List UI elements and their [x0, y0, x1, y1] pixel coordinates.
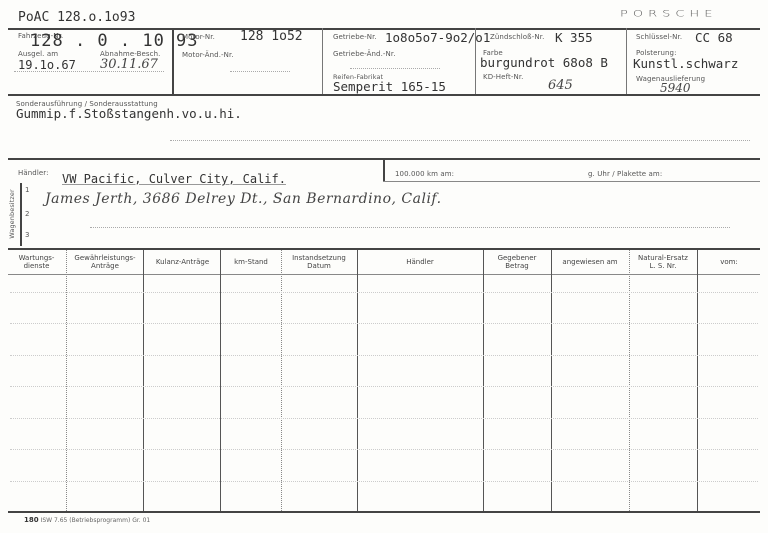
watch-plaque-label: g. Uhr / Plakette am: [588, 170, 662, 178]
divider [20, 183, 22, 246]
divider [383, 181, 760, 182]
dealer-value: VW Pacific, Culver City, Calif. [62, 172, 286, 186]
column-header-from: vom: [698, 250, 760, 274]
gearbox-label: Getriebe-Nr. [333, 33, 377, 41]
owner-row-number: 2 [25, 210, 30, 218]
owner-row-number: 1 [25, 186, 30, 194]
divider [383, 160, 385, 182]
engine-value: 128 1o52 [240, 29, 303, 44]
key-value: CC 68 [695, 30, 733, 45]
print-info: ISW 7.65 (Betriebsprogramm) Gr. 01 [41, 517, 151, 524]
dealer-label: Händler: [18, 169, 49, 177]
owner-name-address: James Jerth, 3686 Delrey Dt., San Bernar… [45, 191, 442, 207]
column-header-amount: Gegebener Betrag [484, 250, 550, 274]
divider [8, 94, 760, 96]
color-value: burgundrot 68o8 B [480, 55, 608, 70]
divider [8, 274, 760, 275]
owners-side-label: Wagenbesitzer [8, 186, 16, 242]
tire-value: Semperit 165-15 [333, 79, 446, 94]
acceptance-value: 30.11.67 [100, 57, 158, 72]
service-book-label: KD-Heft-Nr. [483, 73, 524, 81]
column-header-repair-date: Instandsetzung Datum [282, 250, 356, 274]
upholstery-value: Kunstl.schwarz [633, 56, 738, 71]
owner-row-number: 3 [25, 231, 30, 239]
column-header-assigned-on: angewiesen am [552, 250, 628, 274]
column-header-maintenance: Wartungs- dienste [8, 250, 65, 274]
delivery-value: 5940 [660, 81, 691, 95]
key-label: Schlüssel-Nr. [636, 33, 682, 41]
divider [322, 28, 323, 95]
column-header-warranty: Gewährleistungs- Anträge [67, 250, 143, 274]
gearbox-change-label: Getriebe-Änd.-Nr. [333, 50, 396, 58]
form-number: 180 [24, 516, 39, 524]
divider [626, 28, 627, 95]
divider [475, 28, 476, 95]
delivered-label: Ausgel. am [18, 50, 58, 58]
column-header-replacement: Natural-Ersatz L. S. Nr. [630, 250, 696, 274]
divider [8, 511, 760, 513]
footer: 180 ISW 7.65 (Betriebsprogramm) Gr. 01 [24, 516, 150, 524]
ignition-key-value: K 355 [555, 30, 593, 45]
card-code: PoAC 128.o.1o93 [18, 10, 135, 25]
porsche-logo: PORSCHE [620, 9, 717, 20]
column-header-goodwill: Kulanz-Anträge [145, 250, 220, 274]
special-value: Gummip.f.Stoßstangenh.vo.u.hi. [16, 106, 242, 121]
divider [8, 28, 760, 30]
column-header-mileage: km-Stand [222, 250, 280, 274]
column-header-dealer: Händler [358, 250, 482, 274]
delivered-value: 19.1o.67 [18, 58, 76, 72]
engine-label: Motor-Nr. [182, 33, 215, 41]
divider [172, 28, 174, 95]
km100k-label: 100.000 km am: [395, 170, 454, 178]
service-book-value: 645 [548, 78, 573, 93]
ignition-key-label: Zündschloß-Nr. [490, 33, 544, 41]
engine-change-label: Motor-Änd.-Nr. [182, 51, 234, 59]
